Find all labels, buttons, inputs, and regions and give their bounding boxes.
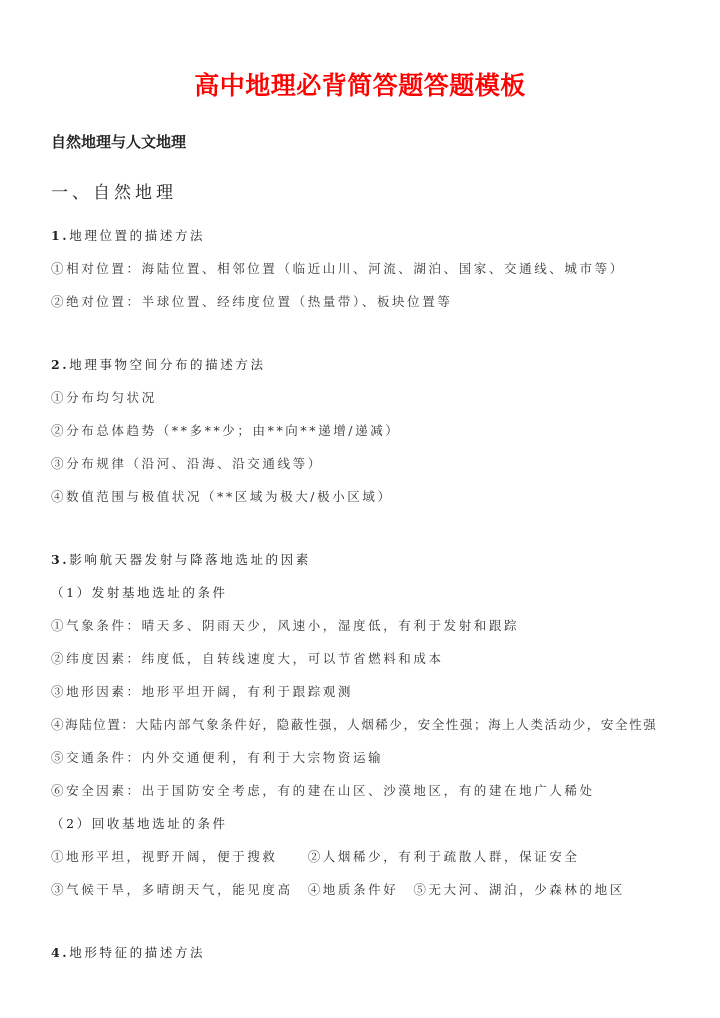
item-heading-text: 地理事物空间分布的描述方法 <box>69 357 265 372</box>
list-item: ④数值范围与极值状况（**区域为极大/极小区域） <box>51 487 393 505</box>
document-title: 高中地理必背简答题答题模板 <box>0 66 720 102</box>
list-item: ①分布均匀状况 <box>51 388 157 406</box>
item-heading-text: 影响航天器发射与降落地选址的因素 <box>69 552 311 567</box>
list-item: ①相对位置：海陆位置、相邻位置（临近山川、河流、湖泊、国家、交通线、城市等） <box>51 259 625 277</box>
list-item: ①气象条件：晴天多、阴雨天少，风速小，湿度低，有利于发射和跟踪 <box>51 616 519 634</box>
list-item: ⑤交通条件：内外交通便利，有利于大宗物资运输 <box>51 748 383 766</box>
list-item: ②纬度因素：纬度低，自转线速度大，可以节省燃料和成本 <box>51 649 444 667</box>
subsection-heading: （1）发射基地选址的条件 <box>51 583 228 601</box>
list-item: ②绝对位置：半球位置、经纬度位置（热量带）、板块位置等 <box>51 292 452 310</box>
item-heading-text: 地形特征的描述方法 <box>69 945 205 960</box>
item-3-heading: 3.影响航天器发射与降落地选址的因素 <box>51 550 311 568</box>
list-item: ③气候干旱，多晴朗天气，能见度高 ④地质条件好 ⑤无大河、湖泊，少森林的地区 <box>51 880 625 898</box>
list-item: ①地形平坦，视野开阔，便于搜救 ②人烟稀少，有利于疏散人群，保证安全 <box>51 847 580 865</box>
subsection-heading: （2）回收基地选址的条件 <box>51 814 228 832</box>
item-4-heading: 4.地形特征的描述方法 <box>51 943 205 961</box>
item-number: 3. <box>51 552 69 567</box>
item-number: 1. <box>51 228 69 243</box>
item-number: 4. <box>51 945 69 960</box>
item-2-heading: 2.地理事物空间分布的描述方法 <box>51 355 266 373</box>
list-item: ④海陆位置：大陆内部气象条件好，隐蔽性强，人烟稀少，安全性强；海上人类活动少，安… <box>51 715 657 733</box>
list-item: ③地形因素：地形平坦开阔，有利于跟踪观测 <box>51 682 353 700</box>
list-item: ⑥安全因素：出于国防安全考虑，有的建在山区、沙漠地区，有的建在地广人稀处 <box>51 781 595 799</box>
item-1-heading: 1.地理位置的描述方法 <box>51 226 205 244</box>
list-item: ③分布规律（沿河、沿海、沿交通线等） <box>51 454 323 472</box>
document-page: 高中地理必背简答题答题模板 自然地理与人文地理 一、自然地理 1.地理位置的描述… <box>0 0 720 1018</box>
item-number: 2. <box>51 357 69 372</box>
document-subtitle: 自然地理与人文地理 <box>51 131 186 152</box>
section-heading: 一、自然地理 <box>51 178 177 203</box>
list-item: ②分布总体趋势（**多**少；由**向**递增/递减） <box>51 421 400 439</box>
item-heading-text: 地理位置的描述方法 <box>69 228 205 243</box>
